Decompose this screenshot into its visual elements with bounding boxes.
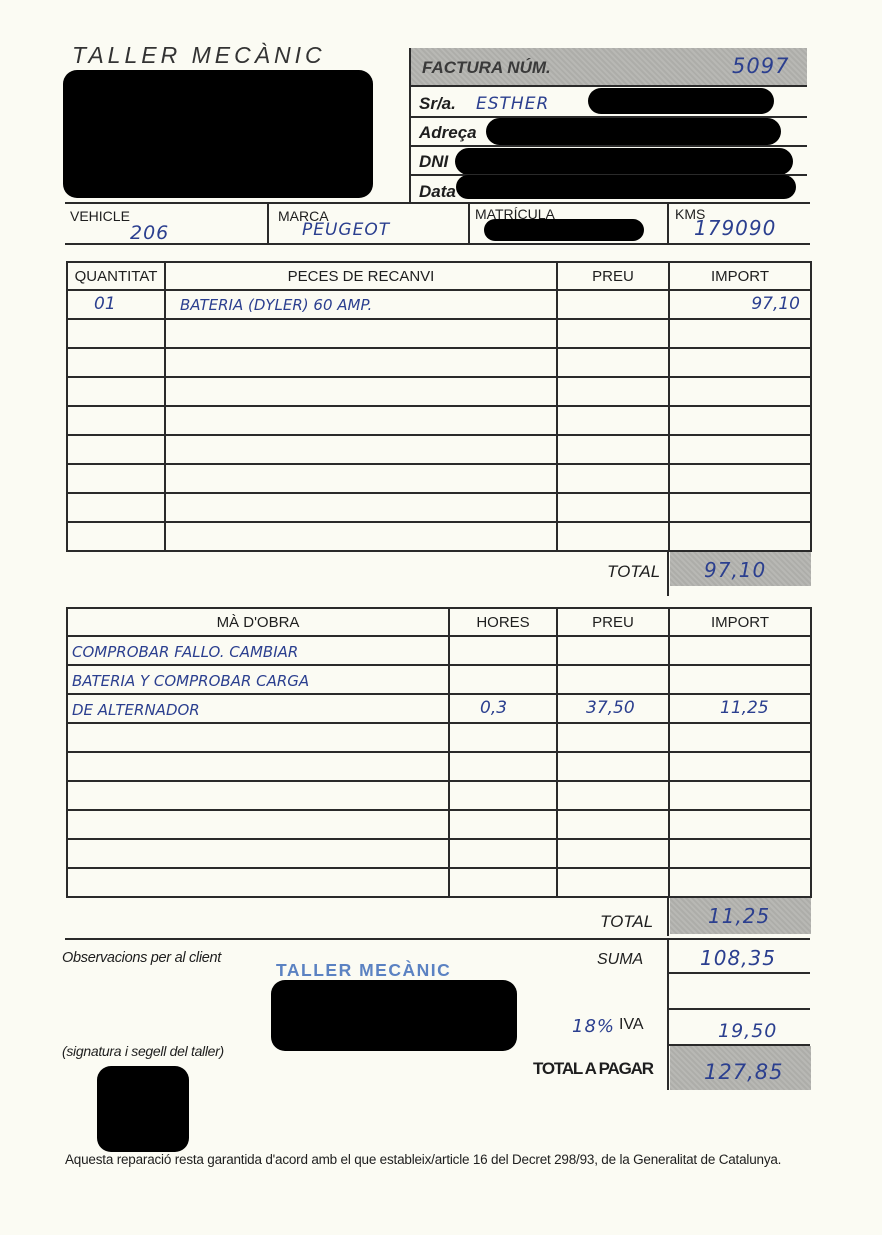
client-name-value: ESTHER <box>476 94 549 114</box>
redacted-dni <box>455 148 793 175</box>
invoice-number-value: 5097 <box>732 54 789 78</box>
stamp-shop-name: TALLER MECÀNIC <box>276 960 451 981</box>
part-qty: 01 <box>94 294 116 314</box>
divider <box>667 896 669 936</box>
redacted-shop-info <box>63 70 373 198</box>
column-header-parts: PECES DE RECANVI <box>165 262 557 290</box>
divider <box>667 202 669 245</box>
summary-top-border <box>65 938 810 940</box>
redacted-signature <box>97 1066 189 1152</box>
divider <box>669 1008 810 1010</box>
invoice-number-label: FACTURA NÚM. <box>422 58 551 78</box>
table-row: BATERIA Y COMPROBAR CARGA <box>67 665 811 694</box>
table-row <box>67 406 811 435</box>
table-row <box>67 319 811 348</box>
part-description: BATERIA (DYLER) 60 AMP. <box>180 296 372 314</box>
grand-total-value: 127,85 <box>704 1060 783 1084</box>
table-row: 01 BATERIA (DYLER) 60 AMP. 97,10 <box>67 290 811 319</box>
labor-description: BATERIA Y COMPROBAR CARGA <box>72 672 309 690</box>
labor-table: MÀ D'OBRA HORES PREU IMPORT COMPROBAR FA… <box>66 607 812 898</box>
parts-total-label: TOTAL <box>607 562 660 582</box>
table-row <box>67 723 811 752</box>
warranty-note: Aquesta reparació resta garantida d'acor… <box>65 1152 781 1167</box>
sum-value: 108,35 <box>700 946 776 970</box>
observations-label: Observacions per al client <box>62 950 221 966</box>
brand-value: PEUGEOT <box>302 220 390 240</box>
vehicle-row-bottom-border <box>65 243 810 245</box>
shop-name: TALLER MECÀNIC <box>72 42 326 69</box>
labor-total-value: 11,25 <box>708 904 770 928</box>
table-row <box>67 435 811 464</box>
date-label: Data <box>419 182 456 202</box>
vehicle-value: 206 <box>130 222 169 244</box>
table-row <box>67 464 811 493</box>
vehicle-label: VEHICLE <box>70 208 130 224</box>
kms-value: 179090 <box>694 216 776 240</box>
grand-total-label: TOTAL A PAGAR <box>533 1059 653 1079</box>
table-row <box>67 752 811 781</box>
summary-divider <box>667 938 669 1090</box>
column-header-hours: HORES <box>449 608 557 636</box>
column-header-price: PREU <box>557 608 669 636</box>
redacted-stamp-info <box>271 980 517 1051</box>
labor-description: DE ALTERNADOR <box>72 701 200 719</box>
parts-total-value: 97,10 <box>704 558 766 582</box>
column-header-amount: IMPORT <box>669 262 811 290</box>
divider <box>468 202 470 245</box>
redacted-date <box>456 175 796 199</box>
labor-amount: 11,25 <box>720 698 769 718</box>
divider <box>667 550 669 596</box>
divider <box>411 145 807 147</box>
redacted-address <box>486 118 781 145</box>
table-row <box>67 493 811 522</box>
parts-table: QUANTITAT PECES DE RECANVI PREU IMPORT 0… <box>66 261 812 552</box>
divider <box>267 202 269 245</box>
labor-description: COMPROBAR FALLO. CAMBIAR <box>72 643 298 661</box>
table-row <box>67 522 811 551</box>
labor-total-label: TOTAL <box>600 912 653 932</box>
table-row: COMPROBAR FALLO. CAMBIAR <box>67 636 811 665</box>
labor-hours: 0,3 <box>480 698 507 718</box>
part-amount: 97,10 <box>751 294 800 314</box>
divider <box>411 85 807 87</box>
vat-rate-value: 18% <box>572 1016 615 1037</box>
address-label: Adreça <box>419 123 477 143</box>
vat-label: IVA <box>619 1016 644 1034</box>
table-row <box>67 377 811 406</box>
vat-value: 19,50 <box>718 1020 777 1042</box>
table-row: DE ALTERNADOR 0,3 37,50 11,25 <box>67 694 811 723</box>
redacted-plate <box>484 219 644 241</box>
table-row <box>67 810 811 839</box>
column-header-amount: IMPORT <box>669 608 811 636</box>
table-row <box>67 868 811 897</box>
parts-header-row: QUANTITAT PECES DE RECANVI PREU IMPORT <box>67 262 811 290</box>
column-header-price: PREU <box>557 262 669 290</box>
redacted-client-surname <box>588 88 774 114</box>
signature-label: (signatura i segell del taller) <box>62 1043 224 1059</box>
table-row <box>67 781 811 810</box>
table-row <box>67 839 811 868</box>
dni-label: DNI <box>419 152 448 172</box>
vehicle-row-top-border <box>65 202 810 204</box>
column-header-labor: MÀ D'OBRA <box>67 608 449 636</box>
sum-label: SUMA <box>597 951 643 969</box>
column-header-quantity: QUANTITAT <box>67 262 165 290</box>
labor-price: 37,50 <box>586 698 635 718</box>
divider <box>669 972 810 974</box>
client-label: Sr/a. <box>419 94 456 114</box>
table-row <box>67 348 811 377</box>
labor-header-row: MÀ D'OBRA HORES PREU IMPORT <box>67 608 811 636</box>
